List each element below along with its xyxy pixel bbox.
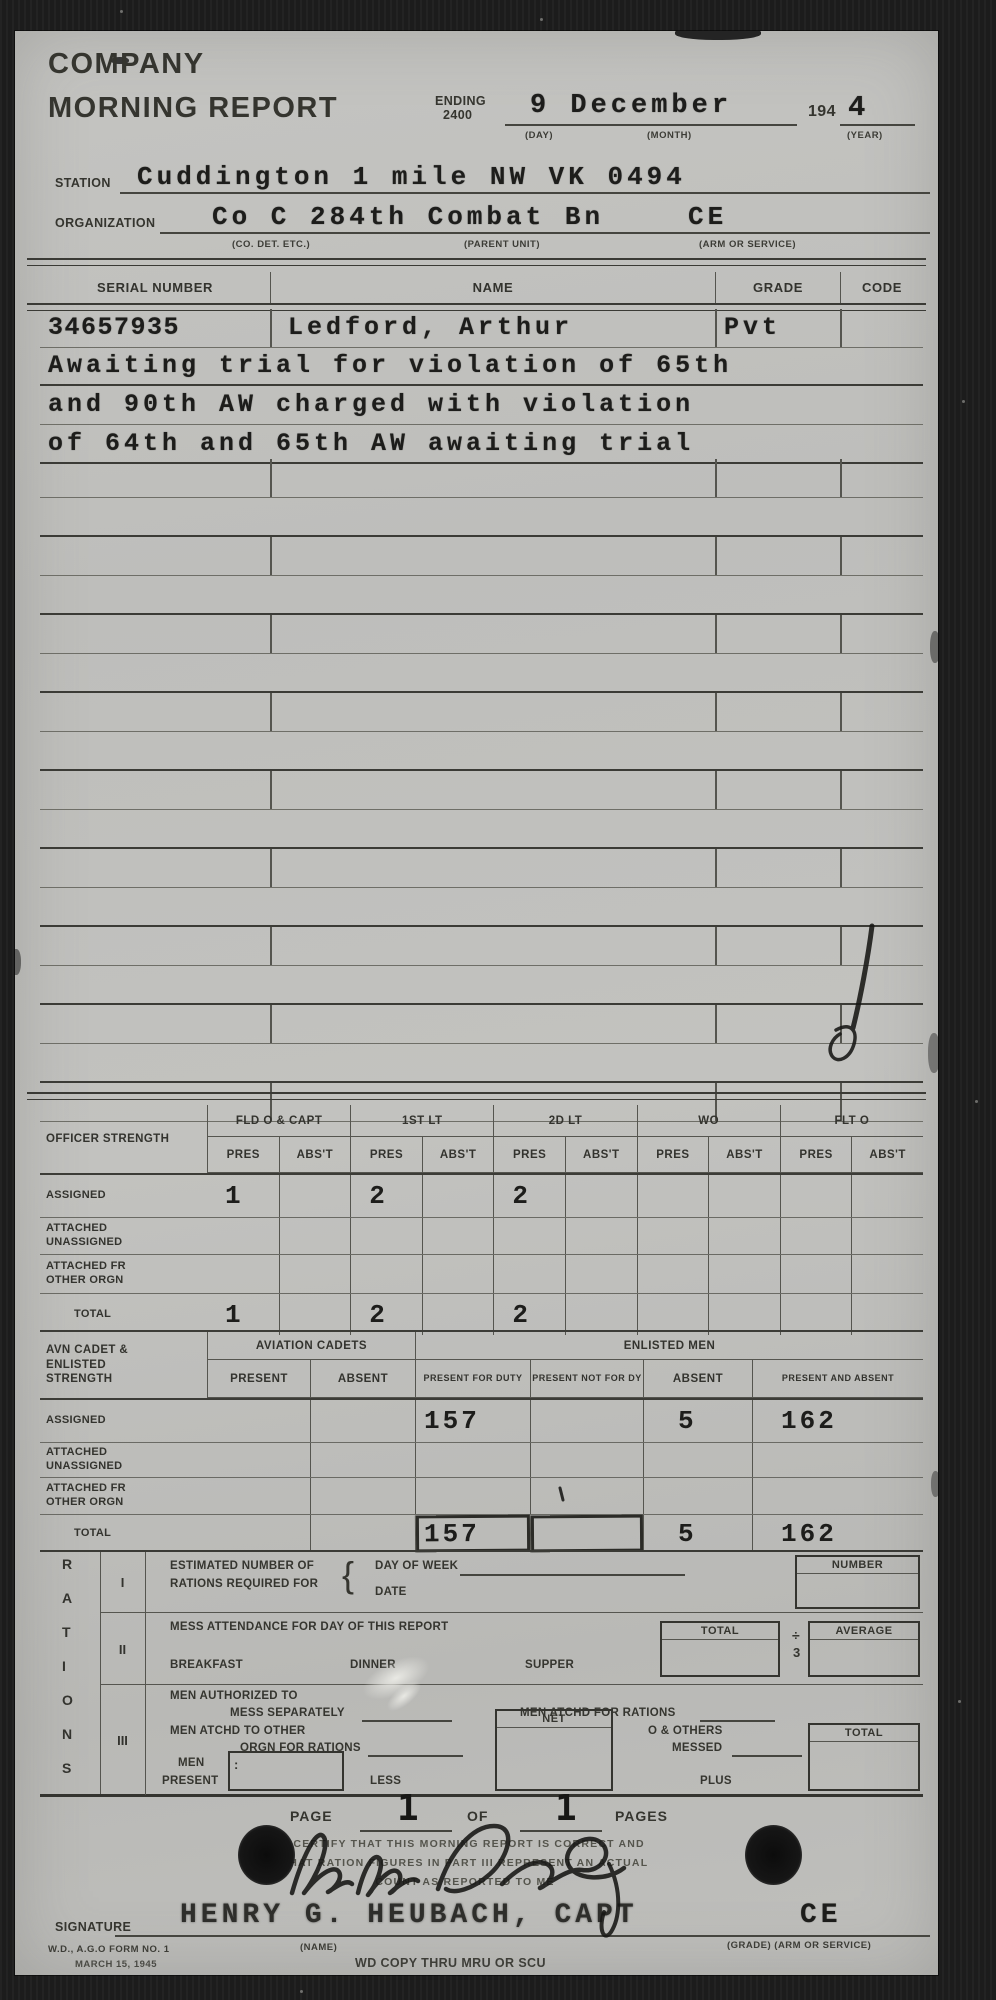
rations-letter: N	[62, 1726, 72, 1742]
rations-letter: R	[62, 1556, 72, 1572]
roster-entry-row: 34657935 Ledford, Arthur Pvt	[40, 309, 923, 348]
cell	[310, 1515, 415, 1552]
number-box: NUMBER	[795, 1555, 920, 1609]
row-label: ATTACHED FR OTHER ORGN	[40, 1255, 160, 1293]
cell	[851, 1218, 923, 1254]
supper-label: SUPPER	[525, 1659, 574, 1671]
column-divider	[840, 615, 842, 653]
cell: 1	[207, 1175, 279, 1217]
men-atchd-other-label: MEN ATCHD TO OTHER	[170, 1725, 306, 1737]
enlisted-assigned-row: ASSIGNED 157 5 162	[40, 1398, 923, 1442]
column-divider	[840, 693, 842, 731]
row-label: ATTACHED UNASSIGNED	[40, 1218, 160, 1254]
column-divider	[840, 537, 842, 575]
cell-handboxed: 157	[415, 1515, 530, 1553]
officer-subheader-row: PRES ABS'T PRES ABS'T PRES ABS'T PRES AB…	[207, 1137, 923, 1173]
cell	[207, 1443, 310, 1477]
breakfast-label: BREAKFAST	[170, 1659, 243, 1671]
signed-name-typed: HENRY G. HEUBACH, CAPT	[180, 1900, 638, 1931]
pages-label: PAGES	[615, 1808, 668, 1824]
co-det-sublabel: (CO. DET. ETC.)	[232, 239, 310, 250]
column-divider	[715, 927, 717, 965]
column-divider	[270, 459, 272, 497]
remark-line: Awaiting trial for violation of 65th	[40, 347, 923, 387]
rations-letter: A	[62, 1590, 72, 1606]
roman-numeral-2: II	[100, 1613, 146, 1685]
row-label: ASSIGNED	[40, 1175, 207, 1217]
estimated-label-1: ESTIMATED NUMBER OF	[170, 1560, 314, 1572]
ending-time: 2400	[443, 108, 472, 122]
cell	[422, 1175, 494, 1217]
remark-text: Awaiting trial for violation of 65th	[48, 351, 732, 380]
enlisted-strength-table: AVN CADET & ENLISTED STRENGTH AVIATION C…	[40, 1330, 923, 1552]
cell	[851, 1294, 923, 1335]
organization-label: ORGANIZATION	[55, 216, 155, 230]
film-speck	[540, 18, 543, 21]
cell	[637, 1294, 709, 1335]
cell: 162	[752, 1515, 923, 1552]
divide-sign: ÷	[792, 1627, 800, 1643]
date-underline	[505, 124, 797, 126]
estimated-label-2: RATIONS REQUIRED FOR	[170, 1578, 318, 1590]
cell	[207, 1400, 310, 1442]
wd-copy-note: WD COPY THRU MRU OR SCU	[355, 1956, 546, 1970]
abst-header: ABS'T	[422, 1137, 494, 1173]
fill-line	[368, 1755, 463, 1757]
serial-number-header: SERIAL NUMBER	[40, 272, 270, 303]
empty-roster-row	[40, 849, 923, 888]
scan-smudge	[928, 1033, 938, 1073]
empty-roster-row	[40, 459, 923, 498]
cell	[565, 1175, 637, 1217]
cell: 157	[415, 1400, 530, 1442]
cell	[310, 1478, 415, 1514]
remark-text: and 90th AW charged with violation	[48, 390, 694, 419]
name-sublabel: (NAME)	[300, 1942, 337, 1953]
entry-serial-number: 34657935	[48, 313, 180, 342]
row-label: ATTACHED UNASSIGNED	[40, 1443, 160, 1477]
column-divider	[270, 309, 272, 347]
cell-handboxed	[530, 1515, 643, 1553]
year-underline	[840, 124, 915, 126]
day-of-week-label: DAY OF WEEK	[375, 1560, 458, 1572]
row-label: TOTAL	[40, 1294, 207, 1335]
organization-underline	[160, 232, 930, 234]
rations-vertical-label: R A T I O N S	[40, 1552, 101, 1794]
less-label: LESS	[370, 1775, 401, 1787]
signed-arm-typed: CE	[800, 1900, 842, 1931]
enlisted-strength-title: AVN CADET & ENLISTED STRENGTH	[40, 1332, 160, 1398]
officer-group-row: FLD O & CAPT 1ST LT 2D LT WO FLT O	[207, 1105, 923, 1137]
cell: 1	[207, 1294, 279, 1335]
officer-assigned-row: ASSIGNED 1 2 2	[40, 1173, 923, 1217]
empty-roster-rows	[40, 459, 923, 1122]
pages-total-handwritten: 1	[555, 1788, 577, 1829]
column-divider	[715, 459, 717, 497]
report-date-value: 9 December	[530, 91, 732, 121]
rations-letter: S	[62, 1760, 71, 1776]
form-number: W.D., A.G.O FORM NO. 1	[48, 1944, 169, 1955]
cell	[643, 1443, 752, 1477]
column-divider	[715, 615, 717, 653]
cell	[565, 1255, 637, 1293]
mess-total-box: TOTAL	[660, 1621, 780, 1677]
station-underline	[120, 192, 930, 194]
abst-header: ABS'T	[708, 1137, 780, 1173]
cell	[493, 1255, 565, 1293]
cell	[708, 1175, 780, 1217]
cell: 2	[493, 1175, 565, 1217]
empty-roster-row	[40, 888, 923, 928]
mess-total-label: TOTAL	[662, 1623, 778, 1640]
column-divider	[270, 537, 272, 575]
cell	[752, 1443, 923, 1477]
column-divider	[715, 309, 717, 347]
empty-roster-row	[40, 576, 923, 616]
day-sublabel: (DAY)	[525, 130, 553, 141]
column-divider	[840, 927, 842, 965]
code-header: CODE	[840, 272, 923, 303]
row-label: TOTAL	[40, 1515, 207, 1552]
men-label: MEN	[178, 1757, 204, 1769]
present-not-for-duty-header: PRESENT NOT FOR DY	[530, 1360, 643, 1398]
form-title-line1: COMPANY	[48, 48, 205, 81]
signature-label: SIGNATURE	[55, 1920, 131, 1934]
cell	[708, 1218, 780, 1254]
film-speck	[958, 1700, 961, 1703]
cell	[493, 1218, 565, 1254]
cell	[310, 1443, 415, 1477]
column-divider	[715, 1005, 717, 1043]
rations-row-2: II MESS ATTENDANCE FOR DAY OF THIS REPOR…	[100, 1612, 923, 1685]
cell	[780, 1218, 852, 1254]
cell	[530, 1443, 643, 1477]
messed-label: MESSED	[672, 1742, 722, 1754]
column-divider	[840, 771, 842, 809]
cell: 2	[350, 1294, 422, 1335]
column-divider	[270, 693, 272, 731]
o-and-others-label: O & OTHERS	[648, 1725, 723, 1737]
avn-absent-header: ABSENT	[310, 1360, 415, 1398]
column-divider	[270, 771, 272, 809]
enlisted-group-row: AVIATION CADETS ENLISTED MEN	[207, 1332, 923, 1360]
officer-table-header: OFFICER STRENGTH FLD O & CAPT 1ST LT 2D …	[40, 1105, 923, 1173]
average-box: AVERAGE	[808, 1621, 920, 1677]
pres-header: PRES	[780, 1137, 852, 1173]
day-of-week-line	[460, 1574, 685, 1576]
form-title-line2: MORNING REPORT	[48, 92, 338, 125]
abst-header: ABS'T	[851, 1137, 923, 1173]
cell	[851, 1255, 923, 1293]
year-sublabel: (YEAR)	[847, 130, 883, 141]
group-fldo-capt: FLD O & CAPT	[207, 1105, 350, 1137]
signature-underline	[115, 1935, 930, 1937]
pres-header: PRES	[637, 1137, 709, 1173]
empty-roster-row	[40, 966, 923, 1006]
cell	[422, 1294, 494, 1335]
pres-header: PRES	[350, 1137, 422, 1173]
cell	[708, 1255, 780, 1293]
film-speck	[120, 10, 123, 13]
cell: 162	[752, 1400, 923, 1442]
cell	[310, 1400, 415, 1442]
arm-service-sublabel: (ARM OR SERVICE)	[699, 239, 796, 250]
row-label: ATTACHED FR OTHER ORGN	[40, 1478, 160, 1514]
enlisted-attached-unassigned-row: ATTACHED UNASSIGNED	[40, 1442, 923, 1477]
date-label: DATE	[375, 1586, 407, 1598]
section-rule	[27, 258, 926, 266]
of-label: OF	[467, 1808, 488, 1824]
empty-roster-row	[40, 498, 923, 538]
empty-roster-row	[40, 1044, 923, 1084]
cell	[637, 1218, 709, 1254]
cell	[530, 1400, 643, 1442]
scan-smudge	[675, 31, 761, 40]
form-date: MARCH 15, 1945	[75, 1959, 157, 1970]
scan-smudge	[930, 631, 938, 663]
cell	[851, 1175, 923, 1217]
cell: 5	[643, 1400, 752, 1442]
fill-line	[362, 1720, 452, 1722]
enlisted-attached-fr-row: ATTACHED FR OTHER ORGN	[40, 1477, 923, 1514]
remark-text: of 64th and 65th AW awaiting trial	[48, 429, 694, 458]
punch-hole-left	[238, 1825, 295, 1885]
rations-letter: I	[62, 1658, 66, 1674]
station-value: Cuddington 1 mile NW VK 0494	[137, 162, 686, 192]
officer-attached-fr-row: ATTACHED FR OTHER ORGN	[40, 1254, 923, 1293]
roster-header-row: SERIAL NUMBER NAME GRADE CODE	[40, 272, 923, 303]
roman-numeral-3: III	[100, 1685, 146, 1795]
cell	[279, 1255, 351, 1293]
cell	[637, 1175, 709, 1217]
column-divider	[715, 771, 717, 809]
station-label: STATION	[55, 176, 111, 190]
cell	[422, 1255, 494, 1293]
present-and-absent-header: PRESENT AND ABSENT	[752, 1360, 923, 1398]
cell	[207, 1255, 279, 1293]
rations-letter: O	[62, 1692, 73, 1708]
cell	[708, 1294, 780, 1335]
present-label: PRESENT	[162, 1775, 218, 1787]
cell	[207, 1218, 279, 1254]
entry-name: Ledford, Arthur	[288, 313, 573, 342]
fill-line	[732, 1755, 802, 1757]
column-divider	[270, 615, 272, 653]
men-present-box	[228, 1751, 344, 1791]
fill-line	[700, 1720, 775, 1722]
column-divider	[840, 1005, 842, 1043]
group-1st-lt: 1ST LT	[350, 1105, 493, 1137]
cell	[350, 1218, 422, 1254]
pres-header: PRES	[493, 1137, 565, 1173]
present-for-duty-header: PRESENT FOR DUTY	[415, 1360, 530, 1398]
cell	[207, 1515, 310, 1552]
mess-separately-label: MESS SEPARATELY	[230, 1707, 345, 1719]
empty-roster-row	[40, 537, 923, 576]
rations-section: R A T I O N S I ESTIMATED NUMBER OF RATI…	[40, 1550, 923, 1797]
group-flt-o: FLT O	[780, 1105, 923, 1137]
rations-row-1: I ESTIMATED NUMBER OF RATIONS REQUIRED F…	[100, 1552, 923, 1612]
row-label: ASSIGNED	[40, 1400, 207, 1442]
group-wo: WO	[637, 1105, 780, 1137]
punch-hole-right	[745, 1825, 802, 1885]
officer-attached-unassigned-row: ATTACHED UNASSIGNED	[40, 1217, 923, 1254]
page-underline	[360, 1830, 452, 1832]
cell	[415, 1478, 530, 1514]
grade-header: GRADE	[715, 272, 840, 303]
brace-glyph: {	[342, 1554, 354, 1596]
group-aviation-cadets: AVIATION CADETS	[207, 1332, 415, 1360]
rations-total-box: TOTAL	[808, 1723, 920, 1791]
officer-total-row: TOTAL 1 2 2	[40, 1293, 923, 1335]
empty-roster-row	[40, 810, 923, 850]
cell	[279, 1218, 351, 1254]
entry-grade: Pvt	[724, 313, 781, 342]
men-authorized-label: MEN AUTHORIZED TO	[170, 1690, 298, 1702]
empty-roster-row	[40, 693, 923, 732]
cell	[780, 1255, 852, 1293]
empty-roster-row	[40, 1005, 923, 1044]
roman-numeral-1: I	[100, 1552, 146, 1612]
cell	[279, 1175, 351, 1217]
column-divider	[270, 927, 272, 965]
rations-letter: T	[62, 1624, 71, 1640]
net-box-label: NET	[497, 1711, 611, 1728]
cell	[422, 1218, 494, 1254]
column-divider	[715, 849, 717, 887]
empty-roster-row	[40, 771, 923, 810]
cell	[565, 1218, 637, 1254]
avn-present-header: PRESENT	[207, 1360, 310, 1398]
cell	[780, 1175, 852, 1217]
abst-header: ABS'T	[279, 1137, 351, 1173]
column-divider	[840, 849, 842, 887]
cell	[207, 1478, 310, 1514]
grade-arm-sublabel: (GRADE) (ARM OR SERVICE)	[727, 1940, 871, 1951]
arm-service-value: CE	[688, 202, 727, 232]
column-divider	[840, 459, 842, 497]
enlisted-subheader-row: PRESENT ABSENT PRESENT FOR DUTY PRESENT …	[207, 1360, 923, 1398]
group-2d-lt: 2D LT	[493, 1105, 636, 1137]
column-divider	[715, 693, 717, 731]
empty-roster-row	[40, 654, 923, 694]
roster-remarks: Awaiting trial for violation of 65th and…	[40, 347, 923, 465]
net-box: NET	[495, 1709, 613, 1791]
year-prefix: 194	[808, 103, 836, 121]
film-speck	[962, 400, 965, 403]
plus-label: PLUS	[700, 1775, 732, 1787]
column-divider	[270, 1005, 272, 1043]
parent-unit-sublabel: (PARENT UNIT)	[464, 239, 540, 250]
scan-smudge	[931, 1471, 938, 1497]
cell	[780, 1294, 852, 1335]
cell	[565, 1294, 637, 1335]
month-sublabel: (MONTH)	[647, 130, 692, 141]
column-divider	[715, 537, 717, 575]
organization-value: Co C 284th Combat Bn	[212, 202, 604, 232]
ending-label: ENDING	[435, 94, 486, 108]
column-divider	[270, 849, 272, 887]
cell	[415, 1443, 530, 1477]
pres-header: PRES	[207, 1137, 279, 1173]
cell	[530, 1478, 643, 1514]
divisor-three: 3	[793, 1645, 801, 1660]
empty-roster-row	[40, 732, 923, 772]
officer-strength-title: OFFICER STRENGTH	[40, 1105, 190, 1173]
mess-attendance-label: MESS ATTENDANCE FOR DAY OF THIS REPORT	[170, 1621, 448, 1633]
rations-total-label: TOTAL	[810, 1725, 918, 1742]
page-label: PAGE	[290, 1808, 333, 1824]
average-box-label: AVERAGE	[810, 1623, 918, 1640]
group-enlisted-men: ENLISTED MEN	[415, 1332, 923, 1360]
scan-smudge	[15, 949, 21, 975]
abst-header: ABS'T	[565, 1137, 637, 1173]
rations-row-3: III MEN AUTHORIZED TO MESS SEPARATELY ME…	[100, 1684, 923, 1795]
cell: 5	[643, 1515, 752, 1552]
cell	[752, 1478, 923, 1514]
cell	[279, 1294, 351, 1335]
cell: 2	[350, 1175, 422, 1217]
cell	[350, 1255, 422, 1293]
page-number-handwritten: 1	[397, 1788, 419, 1829]
remark-line: and 90th AW charged with violation	[40, 386, 923, 425]
cell	[643, 1478, 752, 1514]
scanned-morning-report: COMPANY MORNING REPORT ENDING 2400 9 Dec…	[0, 0, 996, 2000]
cell: 2	[493, 1294, 565, 1335]
officer-strength-table: OFFICER STRENGTH FLD O & CAPT 1ST LT 2D …	[40, 1105, 923, 1335]
film-speck	[300, 1990, 303, 1993]
number-box-label: NUMBER	[797, 1557, 918, 1574]
film-speck	[975, 1100, 978, 1103]
column-divider	[840, 309, 842, 347]
section-rule	[27, 1092, 926, 1100]
enlisted-table-header: AVN CADET & ENLISTED STRENGTH AVIATION C…	[40, 1332, 923, 1398]
cell	[637, 1255, 709, 1293]
empty-roster-row	[40, 615, 923, 654]
year-digit-value: 4	[848, 91, 869, 124]
name-header: NAME	[270, 272, 715, 303]
pages-underline	[520, 1830, 602, 1832]
empty-roster-row	[40, 927, 923, 966]
enlisted-total-row: TOTAL 157 5 162	[40, 1514, 923, 1552]
absent-header: ABSENT	[643, 1360, 752, 1398]
morning-report-form: COMPANY MORNING REPORT ENDING 2400 9 Dec…	[15, 31, 938, 1975]
